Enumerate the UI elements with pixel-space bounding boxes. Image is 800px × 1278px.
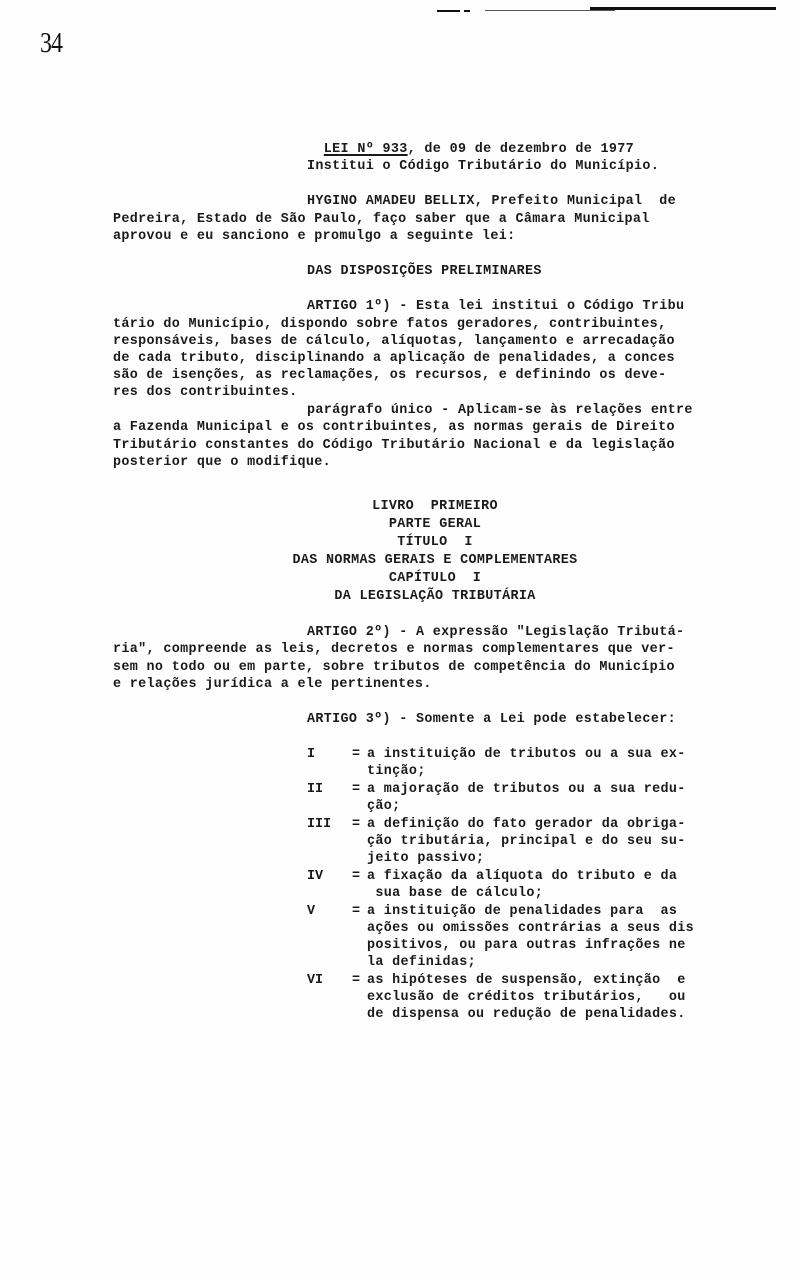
item-numeral: I	[307, 746, 315, 763]
article-1-line: res dos contribuintes.	[113, 384, 298, 401]
item-text-line: a instituição de penalidades para as	[367, 903, 677, 920]
article-3-intro: ARTIGO 3º) - Somente a Lei pode estabele…	[307, 711, 676, 728]
article-1-line: responsáveis, bases de cálculo, alíquota…	[113, 333, 675, 350]
item-separator: =	[352, 903, 360, 920]
heading-livro: LIVRO PRIMEIRO	[0, 498, 800, 515]
item-text-line: a instituição de tributos ou a sua ex-	[367, 746, 686, 763]
preamble-line: aprovou e eu sanciono e promulgo a segui…	[113, 228, 516, 245]
heading-titulo: TÍTULO I	[0, 534, 800, 551]
preamble-line: Pedreira, Estado de São Paulo, faço sabe…	[113, 211, 650, 228]
preamble-line: HYGINO AMADEU BELLIX, Prefeito Municipal…	[307, 193, 676, 210]
item-text-line: ção tributária, principal e do seu su-	[367, 833, 686, 850]
article-1-line: de cada tributo, disciplinando a aplicaç…	[113, 350, 675, 367]
scan-dash-2	[464, 10, 470, 12]
item-text-line: de dispensa ou redução de penalidades.	[367, 1006, 686, 1023]
item-numeral: II	[307, 781, 323, 798]
item-text-line: tinção;	[367, 763, 426, 780]
item-text-line: a majoração de tributos ou a sua redu-	[367, 781, 686, 798]
item-numeral: V	[307, 903, 315, 920]
item-numeral: VI	[307, 972, 323, 989]
article-2-line: ARTIGO 2º) - A expressão "Legislação Tri…	[307, 624, 684, 641]
preliminary-heading: DAS DISPOSIÇÕES PRELIMINARES	[307, 263, 542, 280]
paragraph-unico-line: Tributário constantes do Código Tributár…	[113, 437, 675, 454]
page-number: 34	[40, 28, 62, 60]
item-separator: =	[352, 816, 360, 833]
article-2-line: e relações jurídica a ele pertinentes.	[113, 676, 432, 693]
item-text-line: a fixação da alíquota do tributo e da	[367, 868, 677, 885]
paragraph-unico-line: parágrafo único - Aplicam-se às relações…	[307, 402, 693, 419]
article-2-line: ria", compreende as leis, decretos e nor…	[113, 641, 675, 658]
article-2-line: sem no todo ou em parte, sobre tributos …	[113, 659, 675, 676]
heading-chapter-name: DA LEGISLAÇÃO TRIBUTÁRIA	[0, 588, 800, 605]
scan-dash-1	[437, 10, 460, 12]
item-text-line: exclusão de créditos tributários, ou	[367, 989, 686, 1006]
law-title: LEI Nº 933, de 09 de dezembro de 1977	[307, 124, 634, 158]
heading-parte: PARTE GERAL	[0, 516, 800, 533]
item-separator: =	[352, 781, 360, 798]
item-text-line: ção;	[367, 798, 401, 815]
item-text-line: a definição do fato gerador da obriga-	[367, 816, 686, 833]
heading-capitulo: CAPÍTULO I	[0, 570, 800, 587]
article-1-line: são de isenções, as reclamações, os recu…	[113, 367, 666, 384]
law-ementa: Institui o Código Tributário do Municípi…	[307, 158, 659, 175]
item-separator: =	[352, 868, 360, 885]
item-text-line: la definidas;	[367, 954, 476, 971]
paragraph-unico-line: a Fazenda Municipal e os contribuintes, …	[113, 419, 675, 436]
item-text-line: as hipóteses de suspensão, extinção e	[367, 972, 686, 989]
law-date: , de 09 de dezembro de 1977	[408, 142, 634, 157]
item-numeral: III	[307, 816, 331, 833]
item-text-line: jeito passivo;	[367, 850, 484, 867]
article-1-line: ARTIGO 1º) - Esta lei institui o Código …	[307, 298, 684, 315]
item-separator: =	[352, 972, 360, 989]
article-1-line: tário do Município, dispondo sobre fatos…	[113, 316, 666, 333]
scan-rule-thick	[590, 7, 776, 10]
heading-title-name: DAS NORMAS GERAIS E COMPLEMENTARES	[0, 552, 800, 569]
item-numeral: IV	[307, 868, 323, 885]
paragraph-unico-line: posterior que o modifique.	[113, 454, 331, 471]
item-text-line: sua base de cálculo;	[367, 885, 543, 902]
item-text-line: positivos, ou para outras infrações ne	[367, 937, 686, 954]
scan-rule-thin	[485, 10, 615, 11]
law-number: LEI Nº 933	[324, 142, 408, 157]
item-text-line: ações ou omissões contrárias a seus dis	[367, 920, 694, 937]
item-separator: =	[352, 746, 360, 763]
